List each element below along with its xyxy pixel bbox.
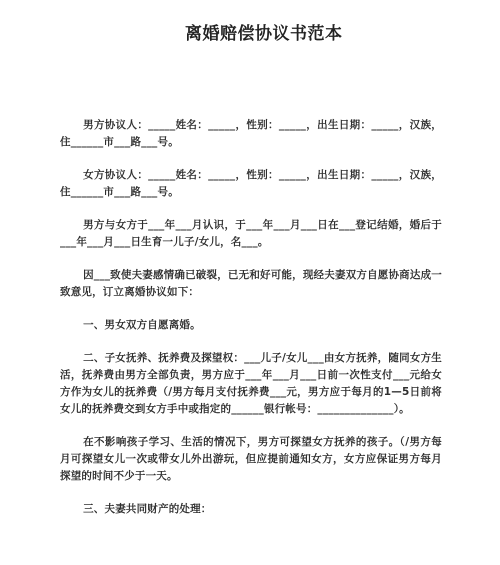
document-page: 离婚赔偿协议书范本 男方协议人：_____姓名：_____，性别：_____，出…	[0, 0, 500, 565]
paragraph-visitation-rights: 在不影响孩子学习、生活的情况下，男方可探望女方抚养的孩子。（/男方每月可探望女儿…	[60, 434, 442, 485]
paragraph-clause-2-custody-support: 二、子女抚养、抚养费及探望权：___儿子/女儿___由女方抚养，随同女方生活，抚…	[60, 350, 442, 418]
document-title: 离婚赔偿协议书范本	[60, 25, 442, 43]
paragraph-female-party-info: 女方协议人：_____姓名：_____，性别：_____，出生日期：_____，…	[60, 167, 442, 201]
paragraph-male-party-info: 男方协议人：_____姓名：_____，性别：_____，出生日期：_____，…	[60, 117, 442, 151]
paragraph-marriage-history: 男方与女方于___年___月认识，于___年___月___日在___登记结婚，婚…	[60, 217, 442, 251]
paragraph-divorce-reason: 因___致使夫妻感情确已破裂，已无和好可能，现经夫妻双方自愿协商达成一致意见，订…	[60, 267, 442, 301]
paragraph-clause-1-voluntary-divorce: 一、男女双方自愿离婚。	[60, 317, 442, 334]
paragraph-clause-3-joint-property: 三、夫妻共同财产的处理：	[60, 501, 442, 518]
